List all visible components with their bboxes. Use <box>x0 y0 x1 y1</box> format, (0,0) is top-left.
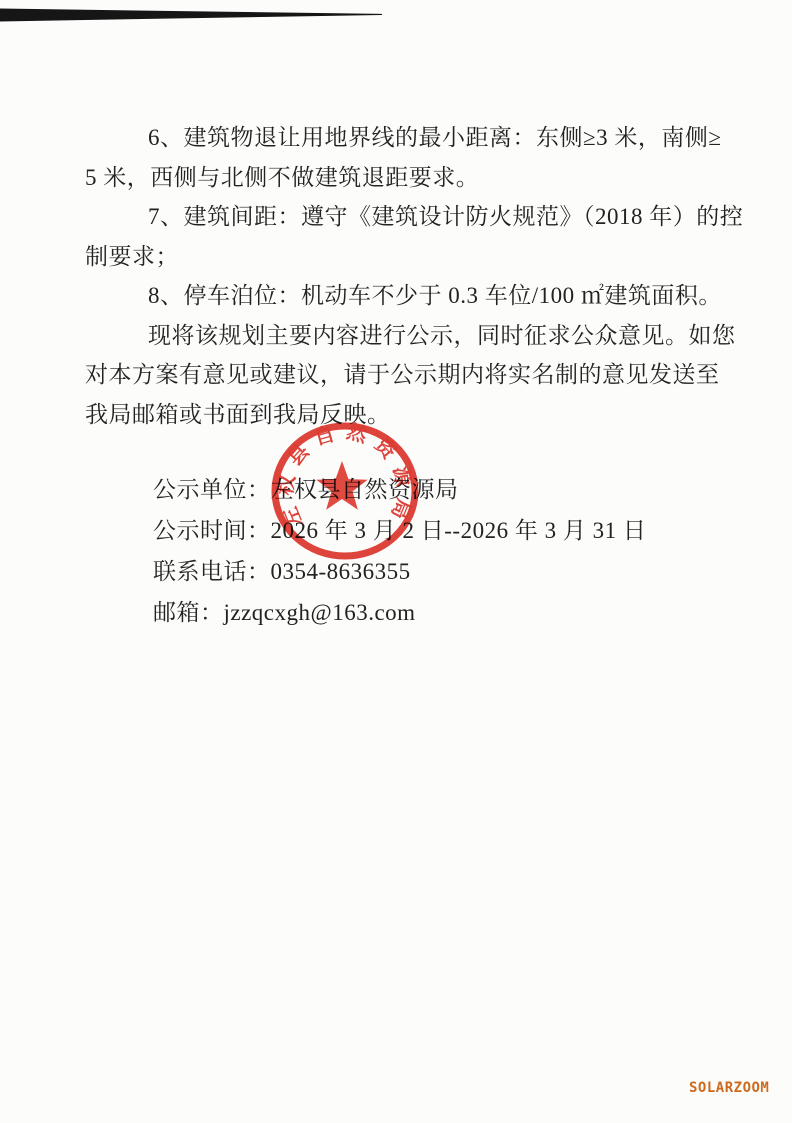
body-line: 对本方案有意见或建议，请于公示期内将实名制的意见发送至 <box>85 355 730 395</box>
body-line: 8、停车泊位：机动车不少于 0.3 车位/100 ㎡建筑面积。 <box>85 276 730 316</box>
body-line: 5 米，西侧与北侧不做建筑退距要求。 <box>85 158 730 198</box>
body-line: 现将该规划主要内容进行公示，同时征求公众意见。如您 <box>85 316 730 356</box>
body-line: 6、建筑物退让用地界线的最小距离：东侧≥3 米，南侧≥ <box>85 118 730 158</box>
solarzoom-watermark: SOLARZOOM <box>689 1080 769 1096</box>
notice-body: 6、建筑物退让用地界线的最小距离：东侧≥3 米，南侧≥ 5 米，西侧与北侧不做建… <box>85 118 730 434</box>
body-line: 制要求； <box>85 237 730 277</box>
contact-email-line: 邮箱：jzzqcxgh@163.com <box>153 592 713 633</box>
body-line: 7、建筑间距：遵守《建筑设计防火规范》（2018 年）的控 <box>85 197 730 237</box>
official-seal: 左权县自然资源局 <box>245 396 445 586</box>
star-icon <box>316 461 367 510</box>
scanned-document-page: 6、建筑物退让用地界线的最小距离：东侧≥3 米，南侧≥ 5 米，西侧与北侧不做建… <box>0 0 792 1123</box>
scanner-edge-artifact <box>0 8 382 22</box>
